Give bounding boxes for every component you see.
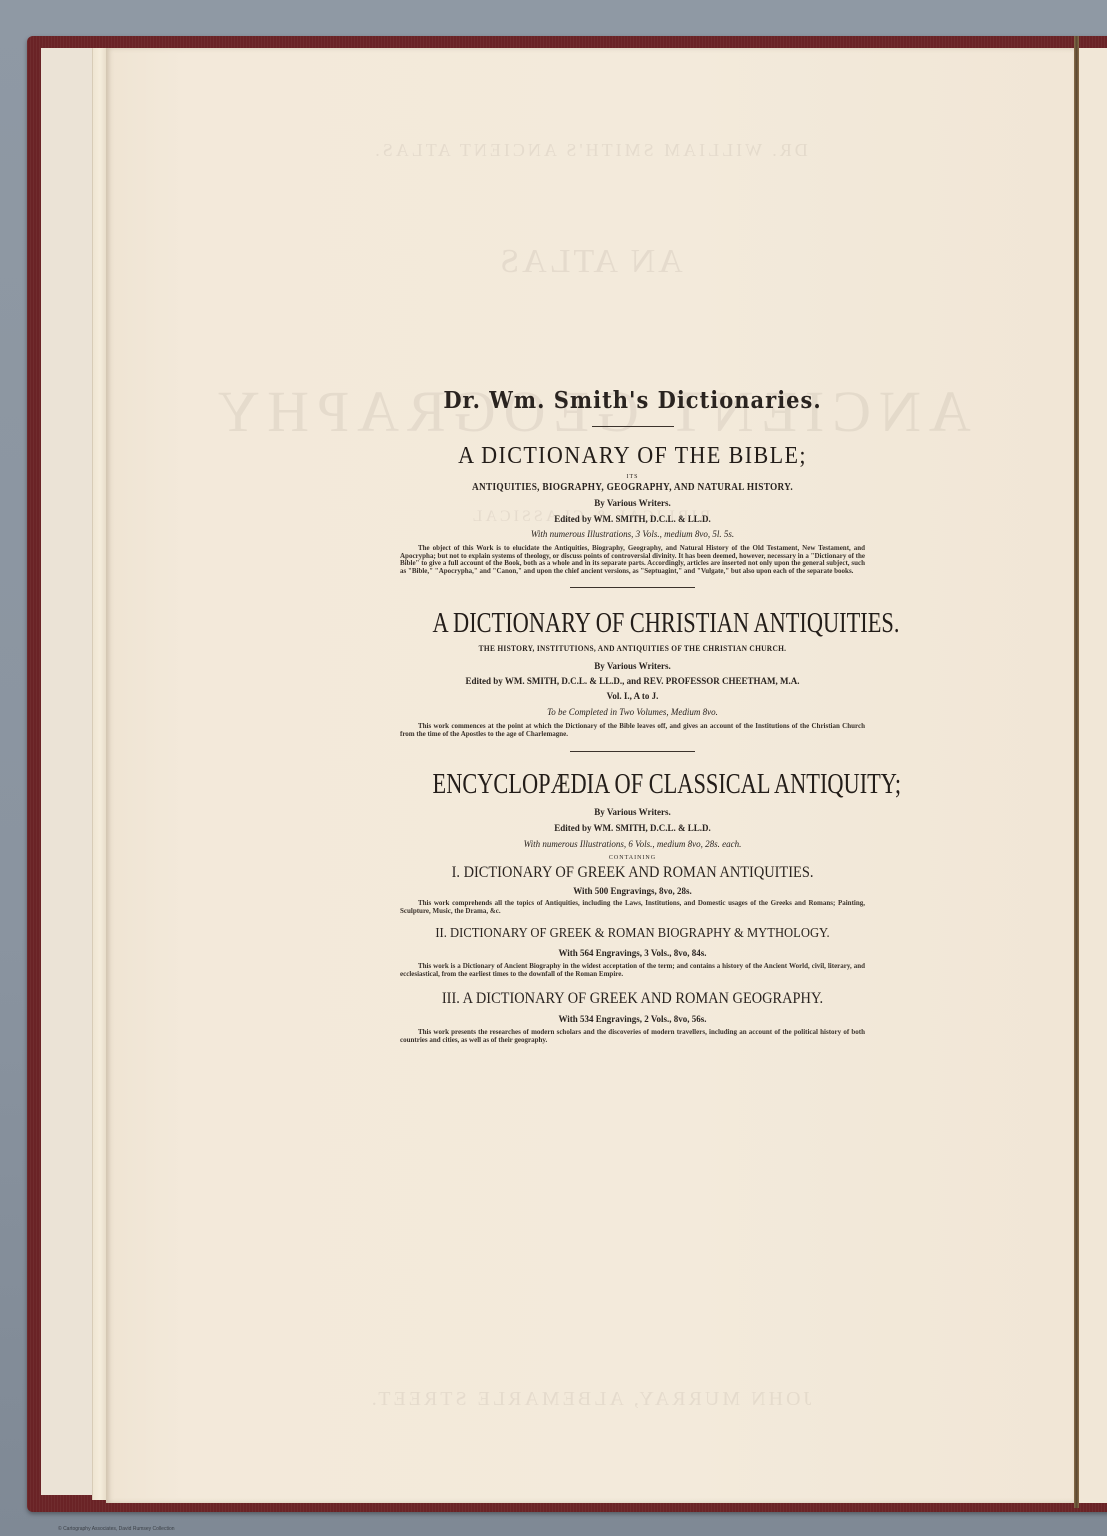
showthrough-publisher: JOHN MURRAY, ALBEMARLE STREET. xyxy=(106,1388,1074,1411)
part-edition: With 564 Engravings, 3 Vols., 8vo, 84s. xyxy=(400,948,865,958)
section-edition: With numerous Illustrations, 6 Vols., me… xyxy=(400,839,865,849)
section-subtitle: ANTIQUITIES, BIOGRAPHY, GEOGRAPHY, AND N… xyxy=(416,482,848,493)
section-subtitle: THE HISTORY, INSTITUTIONS, AND ANTIQUITI… xyxy=(416,644,848,653)
copyright-credit: © Cartography Associates, David Rumsey C… xyxy=(58,1526,175,1532)
part-description: This work is a Dictionary of Ancient Bio… xyxy=(400,963,865,978)
part-edition: With 534 Engravings, 2 Vols., 8vo, 56s. xyxy=(400,1014,865,1024)
section-christian-antiquities: A DICTIONARY OF CHRISTIAN ANTIQUITIES. T… xyxy=(400,608,865,738)
section-by: By Various Writers. xyxy=(400,498,865,508)
endpaper xyxy=(41,48,93,1495)
part-description: This work comprehends all the topics of … xyxy=(400,900,865,915)
part-greek-roman-antiquities: I. DICTIONARY OF GREEK AND ROMAN ANTIQUI… xyxy=(400,864,865,915)
part-description: This work presents the researches of mod… xyxy=(400,1029,865,1044)
facing-page-edge xyxy=(1079,48,1107,1503)
section-volume: Vol. I., A to J. xyxy=(400,691,865,701)
section-editor: Edited by WM. SMITH, D.C.L. & LL.D. xyxy=(400,514,865,524)
part-title: I. DICTIONARY OF GREEK AND ROMAN ANTIQUI… xyxy=(423,864,842,882)
section-edition: To be Completed in Two Volumes, Medium 8… xyxy=(400,707,865,717)
section-containing: CONTAINING xyxy=(400,855,865,861)
section-edition: With numerous Illustrations, 3 Vols., me… xyxy=(400,529,865,539)
divider xyxy=(570,751,695,752)
showthrough-an-atlas: AN ATLAS xyxy=(106,243,1074,281)
section-title: ENCYCLOPÆDIA OF CLASSICAL ANTIQUITY; xyxy=(433,768,833,801)
part-title: III. A DICTIONARY OF GREEK AND ROMAN GEO… xyxy=(423,990,842,1008)
section-by: By Various Writers. xyxy=(400,807,865,817)
showthrough-atlas-title: DR. WILLIAM SMITH'S ANCIENT ATLAS. xyxy=(106,140,1074,161)
page-stub xyxy=(92,48,107,1500)
divider xyxy=(570,587,695,588)
section-editor: Edited by WM. SMITH, D.C.L. & LL.D. xyxy=(400,823,865,833)
advertisement-page: Dr. Wm. Smith's Dictionaries. A DICTIONA… xyxy=(400,385,865,1044)
part-edition: With 500 Engravings, 8vo, 28s. xyxy=(400,886,865,896)
section-bible-dictionary: A DICTIONARY OF THE BIBLE; ITS ANTIQUITI… xyxy=(400,443,865,575)
section-description: This work commences at the point at whic… xyxy=(400,723,865,738)
divider xyxy=(592,426,674,427)
section-editor: Edited by WM. SMITH, D.C.L. & LL.D., and… xyxy=(400,676,865,686)
section-description: The object of this Work is to elucidate … xyxy=(400,545,865,575)
page-heading: Dr. Wm. Smith's Dictionaries. xyxy=(400,386,865,414)
section-title: A DICTIONARY OF THE BIBLE; xyxy=(419,443,847,470)
section-pre-subtitle: ITS xyxy=(400,474,865,480)
part-title: II. DICTIONARY OF GREEK & ROMAN BIOGRAPH… xyxy=(423,926,842,942)
section-title: A DICTIONARY OF CHRISTIAN ANTIQUITIES. xyxy=(433,607,833,640)
section-by: By Various Writers. xyxy=(400,661,865,671)
part-greek-roman-biography: II. DICTIONARY OF GREEK & ROMAN BIOGRAPH… xyxy=(400,926,865,978)
section-classical-encyclopaedia: ENCYCLOPÆDIA OF CLASSICAL ANTIQUITY; By … xyxy=(400,769,865,1044)
part-greek-roman-geography: III. A DICTIONARY OF GREEK AND ROMAN GEO… xyxy=(400,990,865,1044)
